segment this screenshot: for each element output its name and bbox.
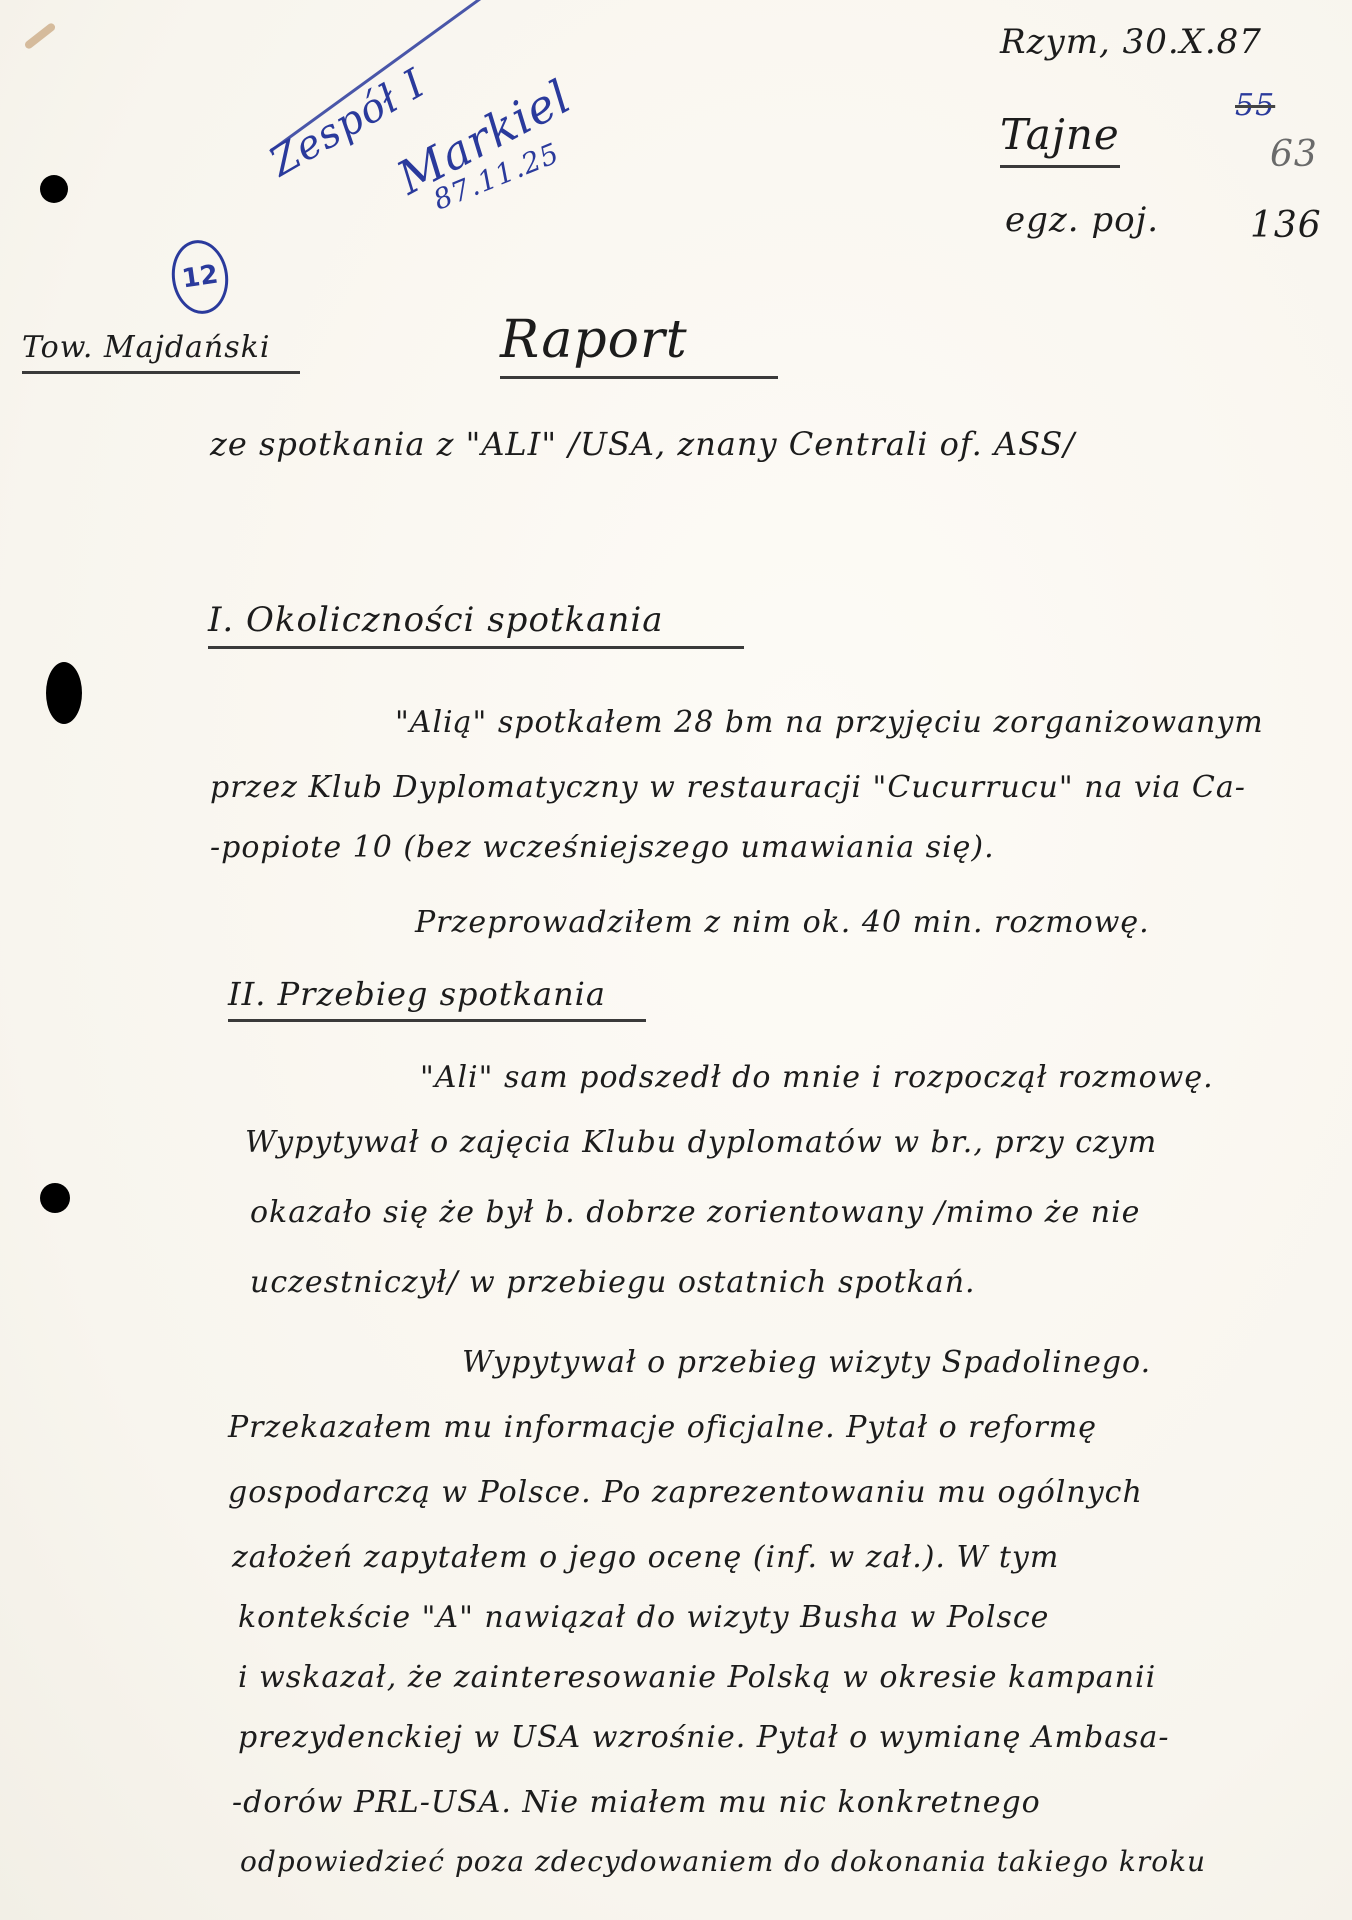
- place-date: Rzym, 30.X.87: [1000, 22, 1262, 62]
- section-2-heading: II. Przebieg spotkania: [228, 975, 646, 1022]
- report-title: Raport: [500, 310, 778, 379]
- copy-label: egz. poj.: [1005, 200, 1159, 240]
- page-number-old: 55: [1235, 88, 1275, 123]
- section-2-line: i wskazał, że zainteresowanie Polską w o…: [238, 1660, 1156, 1695]
- page-number-new: 136: [1250, 205, 1322, 246]
- section-2-line: "Ali" sam podszedł do mnie i rozpoczął r…: [420, 1060, 1214, 1095]
- section-2-line: Przekazałem mu informacje oficjalne. Pyt…: [228, 1410, 1097, 1445]
- section-2-line: uczestniczył/ w przebiegu ostatnich spot…: [250, 1265, 976, 1300]
- section-2-line: założeń zapytałem o jego ocenę (inf. w z…: [232, 1540, 1059, 1575]
- section-2-line: Wypytywał o zajęcia Klubu dyplomatów w b…: [245, 1125, 1157, 1160]
- section-2-line: -dorów PRL-USA. Nie miałem mu nic konkre…: [232, 1785, 1041, 1820]
- punch-hole-lower: [40, 1183, 70, 1213]
- section-2-line: Wypytywał o przebieg wizyty Spadolinego.: [462, 1345, 1151, 1380]
- addressee: Tow. Majdański: [22, 330, 300, 374]
- page-number-mid: 63: [1270, 134, 1318, 175]
- section-2-line: okazało się że był b. dobrze zorientowan…: [250, 1195, 1140, 1230]
- stain-mark: [23, 22, 56, 50]
- circled-number-text: 12: [180, 260, 220, 295]
- punch-hole-top: [40, 175, 68, 203]
- section-2-line: prezydenckiej w USA wzrośnie. Pytał o wy…: [238, 1720, 1170, 1755]
- section-1-line: "Alią" spotkałem 28 bm na przyjęciu zorg…: [395, 705, 1264, 740]
- scanned-page: Zespół I Markiel 87.11.25 12 Rzym, 30.X.…: [0, 0, 1352, 1920]
- section-1-heading: I. Okoliczności spotkania: [208, 600, 744, 649]
- report-subtitle: ze spotkania z "ALI" /USA, znany Central…: [210, 425, 1075, 463]
- circled-number: 12: [167, 236, 233, 317]
- section-1-line: przez Klub Dyplomatyczny w restauracji "…: [210, 770, 1246, 805]
- section-1-line: Przeprowadziłem z nim ok. 40 min. rozmow…: [415, 905, 1150, 940]
- section-2-line: kontekście "A" nawiązał do wizyty Busha …: [238, 1600, 1049, 1635]
- punch-hole-middle: [46, 662, 82, 724]
- classification: Tajne: [1000, 110, 1120, 168]
- section-2-line: gospodarczą w Polsce. Po zaprezentowaniu…: [228, 1475, 1143, 1510]
- section-2-line: odpowiedzieć poza zdecydowaniem do dokon…: [240, 1845, 1206, 1878]
- section-1-line: -popiote 10 (bez wcześniejszego umawiani…: [210, 830, 995, 865]
